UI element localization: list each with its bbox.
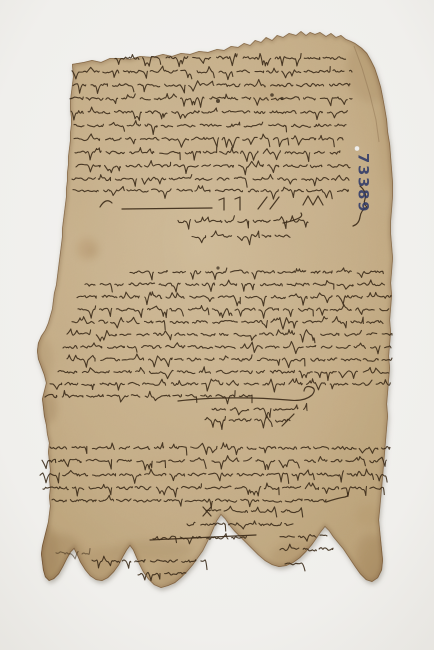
ink-blot	[280, 97, 283, 100]
punch-hole-rim	[355, 146, 360, 151]
ink-blot	[270, 93, 274, 97]
ink-blot	[216, 99, 220, 103]
manuscript-photo-canvas: 73389	[0, 0, 434, 650]
ink-blot	[216, 266, 219, 269]
archive-number: 73389	[355, 153, 371, 213]
manuscript-photograph: 73389	[0, 0, 434, 650]
